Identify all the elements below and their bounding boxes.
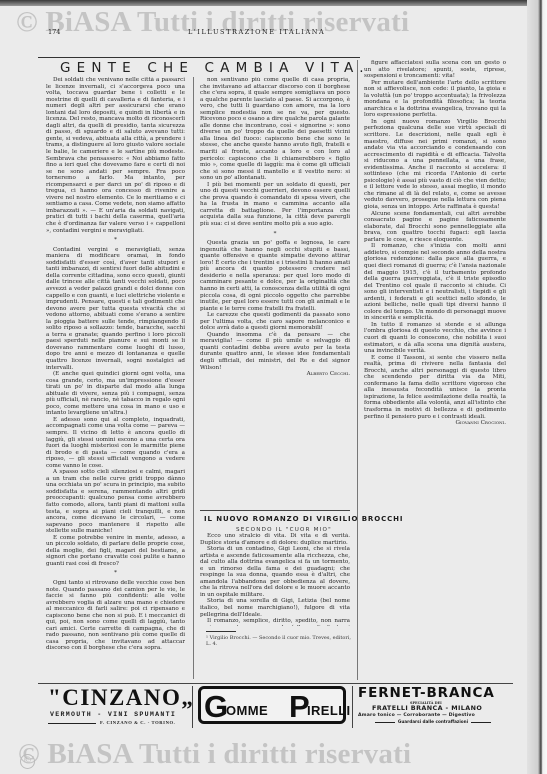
paragraph: figure affacciatesi sulla scena con un g… (364, 60, 506, 80)
paragraph: E come il Tassoni, si sente che vissero … (364, 355, 506, 420)
paragraph: (E anche quei quindici giorni ogni volta… (46, 371, 185, 417)
cinzano-advertisement: "CINZANO„ VERMOUTH - VINI SPUMANTI F. CI… (48, 686, 166, 726)
pirelli-word-gomme: OMME (226, 704, 268, 718)
copyright-watermark-bottom: © BiASA Tutti i diritti riservati (18, 738, 411, 771)
author-signature: Alberto Cecchi. (200, 371, 350, 378)
paragraph: Per mutare dell'ambiente l'arte dello sc… (364, 80, 506, 119)
cinzano-products: VERMOUTH - VINI SPUMANTI (50, 711, 176, 718)
paragraph: E come potrebbe venire in mente, adesso,… (46, 535, 185, 568)
paragraph: A spasso sotto cieli silenziosi e calmi,… (46, 469, 185, 534)
paragraph: Ecco uno stralcio di vita. Di vita e di … (200, 533, 350, 546)
review-footnote: ¹ Virgilio Brocchi. — Secondo il cuor mi… (206, 635, 351, 647)
scan-right-edge (527, 0, 547, 774)
paragraph: In tutto il romanzo si stende e si allun… (364, 322, 506, 355)
article-column-3: figure affacciatesi sulla scena con un g… (364, 60, 506, 680)
article-column-1: Dei soldati che venivano nelle città a p… (46, 77, 185, 679)
paragraph: Alcune scene fondamentali, cui altri avr… (364, 211, 506, 244)
footnote-rule (206, 631, 236, 632)
paragraph: Contadini vergini e meravigliati, senza … (46, 247, 185, 371)
column-divider (193, 77, 194, 679)
paragraph: I più bei momenti per un soldato di ques… (200, 182, 350, 228)
fernet-branca-logo: FERNET-BRANCA (358, 686, 495, 701)
ad-divider (352, 686, 353, 728)
pirelli-logo-frame: G OMME P IRELLI (198, 686, 346, 724)
fernet-description: Amaro tonico — Corroborante — Digestivo (358, 713, 475, 718)
paragraph: E adesso sono qui al completo, inquadrat… (46, 417, 185, 469)
review-body: Ecco uno stralcio di vita. Di vita e di … (200, 533, 350, 626)
journal-title: L'ILLUSTRAZIONE ITALIANA (188, 28, 325, 36)
fernet-branca-advertisement: FERNET-BRANCA SPECIALITÀ DEI FRATELLI BR… (358, 686, 516, 726)
paragraph: Il romanzo, semplice, diritto, spedito, … (200, 618, 350, 626)
paragraph: Storia di una sorella di Gigi, Letizia (… (200, 598, 350, 618)
section-separator: * (46, 237, 185, 244)
column-divider (357, 60, 358, 680)
advertisement-rule (38, 683, 513, 684)
paragraph: Il romanzo, che s'inizia con molti anni … (364, 243, 506, 322)
page-number: 174 (48, 28, 60, 36)
paragraph: Le carezze che questi godimenti da passa… (200, 312, 350, 332)
fernet-tagline: Guardarsi dalle contraffazioni (358, 719, 508, 724)
section-separator: * (46, 570, 185, 577)
pirelli-initial-g: G (204, 691, 228, 723)
decorative-line (48, 723, 96, 724)
paragraph: non sentivano più come quelle di casa pr… (200, 77, 350, 182)
pirelli-word-pirelli: IRELLI (307, 704, 351, 718)
paragraph: Questa grazia un po' goffa e legnosa, le… (200, 240, 350, 312)
fernet-firm: FRATELLI BRANCA - MILANO (372, 704, 482, 712)
review-title: IL NUOVO ROMANZO DI VIRGILIO BROCCHI (204, 515, 349, 523)
title-rule (38, 57, 360, 58)
paragraph: In ogni nuovo romanzo Virgilio Brocchi p… (364, 119, 506, 211)
article-column-2: non sentivano più come quelle di casa pr… (200, 77, 350, 459)
cinzano-firm: F. CINZANO & C. - TORINO. (100, 720, 175, 725)
pirelli-advertisement: G OMME P IRELLI (198, 686, 348, 726)
paragraph: Storia di un contadino, Gigi Leoni, che … (200, 546, 350, 598)
cinzano-logo: "CINZANO„ (48, 686, 194, 710)
paragraph: Dei soldati che venivano nelle città a p… (46, 77, 185, 234)
ad-divider (192, 686, 193, 728)
paragraph: Ogni tanto si ritrovano delle vecchie co… (46, 580, 185, 652)
article-title: GENTE CHE CAMBIA VITA. (60, 60, 370, 76)
section-separator: * (200, 231, 350, 238)
page-header: 174 L'ILLUSTRAZIONE ITALIANA (38, 28, 522, 40)
author-signature: Giovanni Crocioni. (364, 420, 506, 427)
copyright-icon: © (20, 754, 35, 769)
paragraph: Quando insomma c'è da pensare — che mera… (200, 332, 350, 371)
